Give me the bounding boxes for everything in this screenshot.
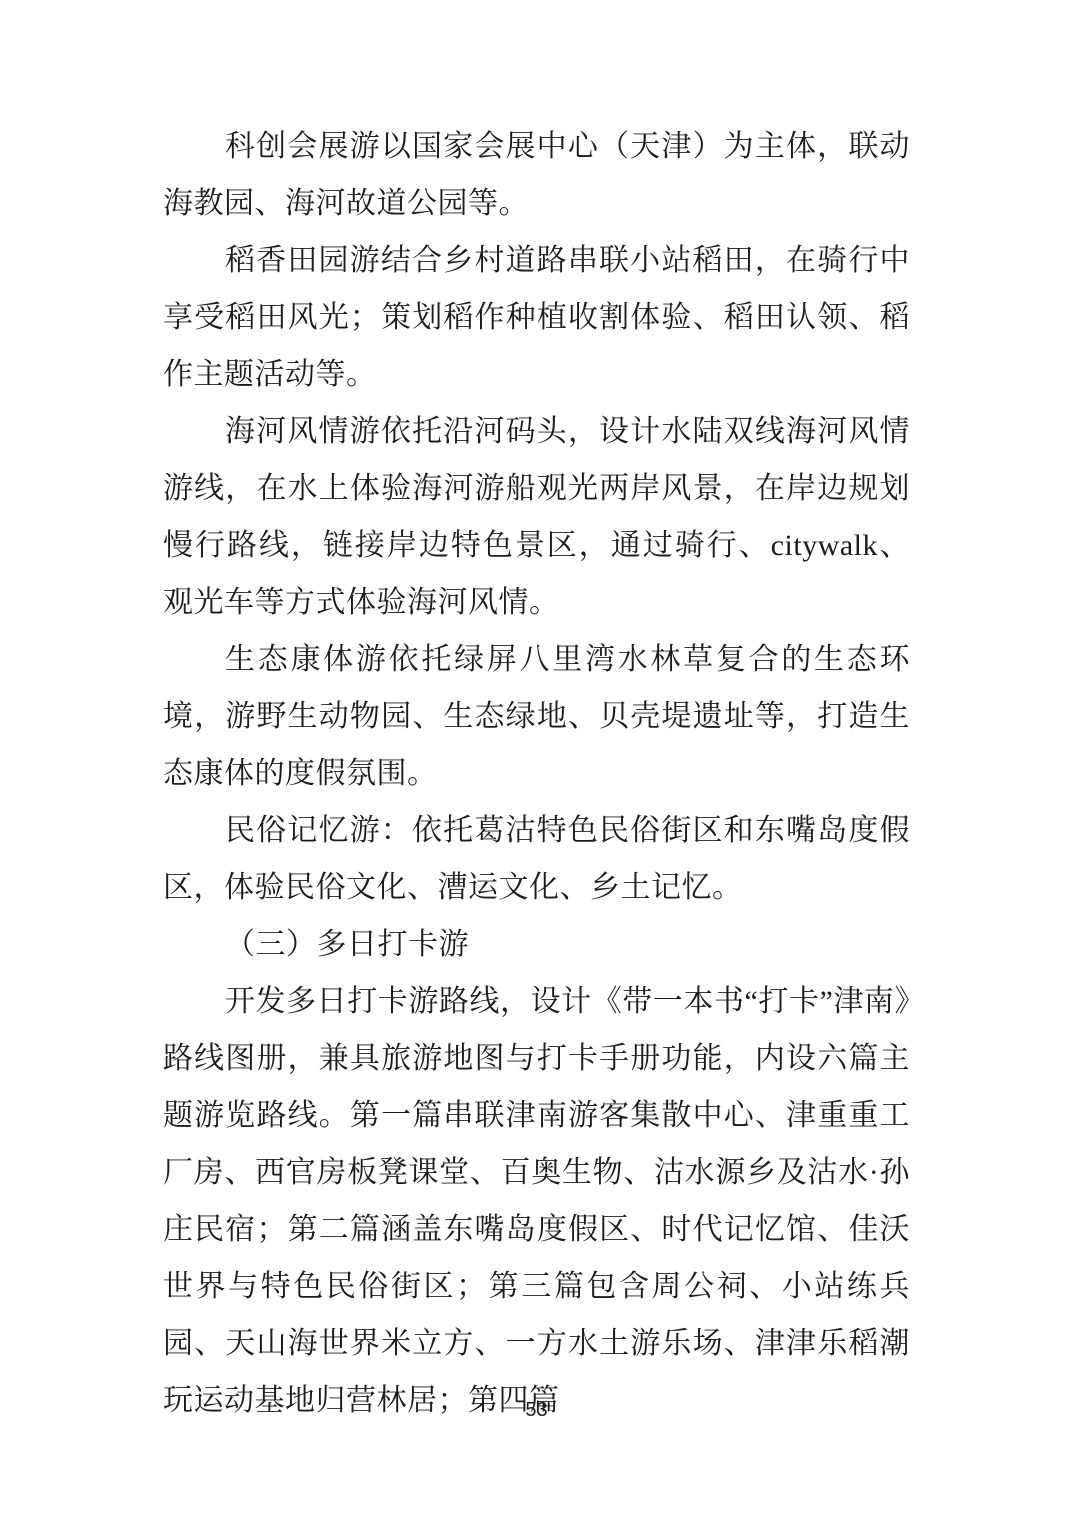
paragraph: 民俗记忆游：依托葛沽特色民俗街区和东嘴岛度假区，体验民俗文化、漕运文化、乡土记忆… xyxy=(163,802,910,916)
text-column: 科创会展游以国家会展中心（天津）为主体，联动海教园、海河故道公园等。 稻香田园游… xyxy=(163,118,910,1429)
page-number: 53 xyxy=(0,1398,1073,1422)
paragraph: 开发多日打卡游路线，设计《带一本书“打卡”津南》路线图册，兼具旅游地图与打卡手册… xyxy=(163,973,910,1429)
paragraph: 科创会展游以国家会展中心（天津）为主体，联动海教园、海河故道公园等。 xyxy=(163,118,910,232)
section-heading: （三）多日打卡游 xyxy=(163,916,910,973)
paragraph: 生态康体游依托绿屏八里湾水林草复合的生态环境，游野生动物园、生态绿地、贝壳堤遗址… xyxy=(163,631,910,802)
paragraph: 稻香田园游结合乡村道路串联小站稻田，在骑行中享受稻田风光；策划稻作种植收割体验、… xyxy=(163,232,910,403)
paragraph: 海河风情游依托沿河码头，设计水陆双线海河风情游线，在水上体验海河游船观光两岸风景… xyxy=(163,403,910,631)
document-page: 科创会展游以国家会展中心（天津）为主体，联动海教园、海河故道公园等。 稻香田园游… xyxy=(0,0,1073,1519)
